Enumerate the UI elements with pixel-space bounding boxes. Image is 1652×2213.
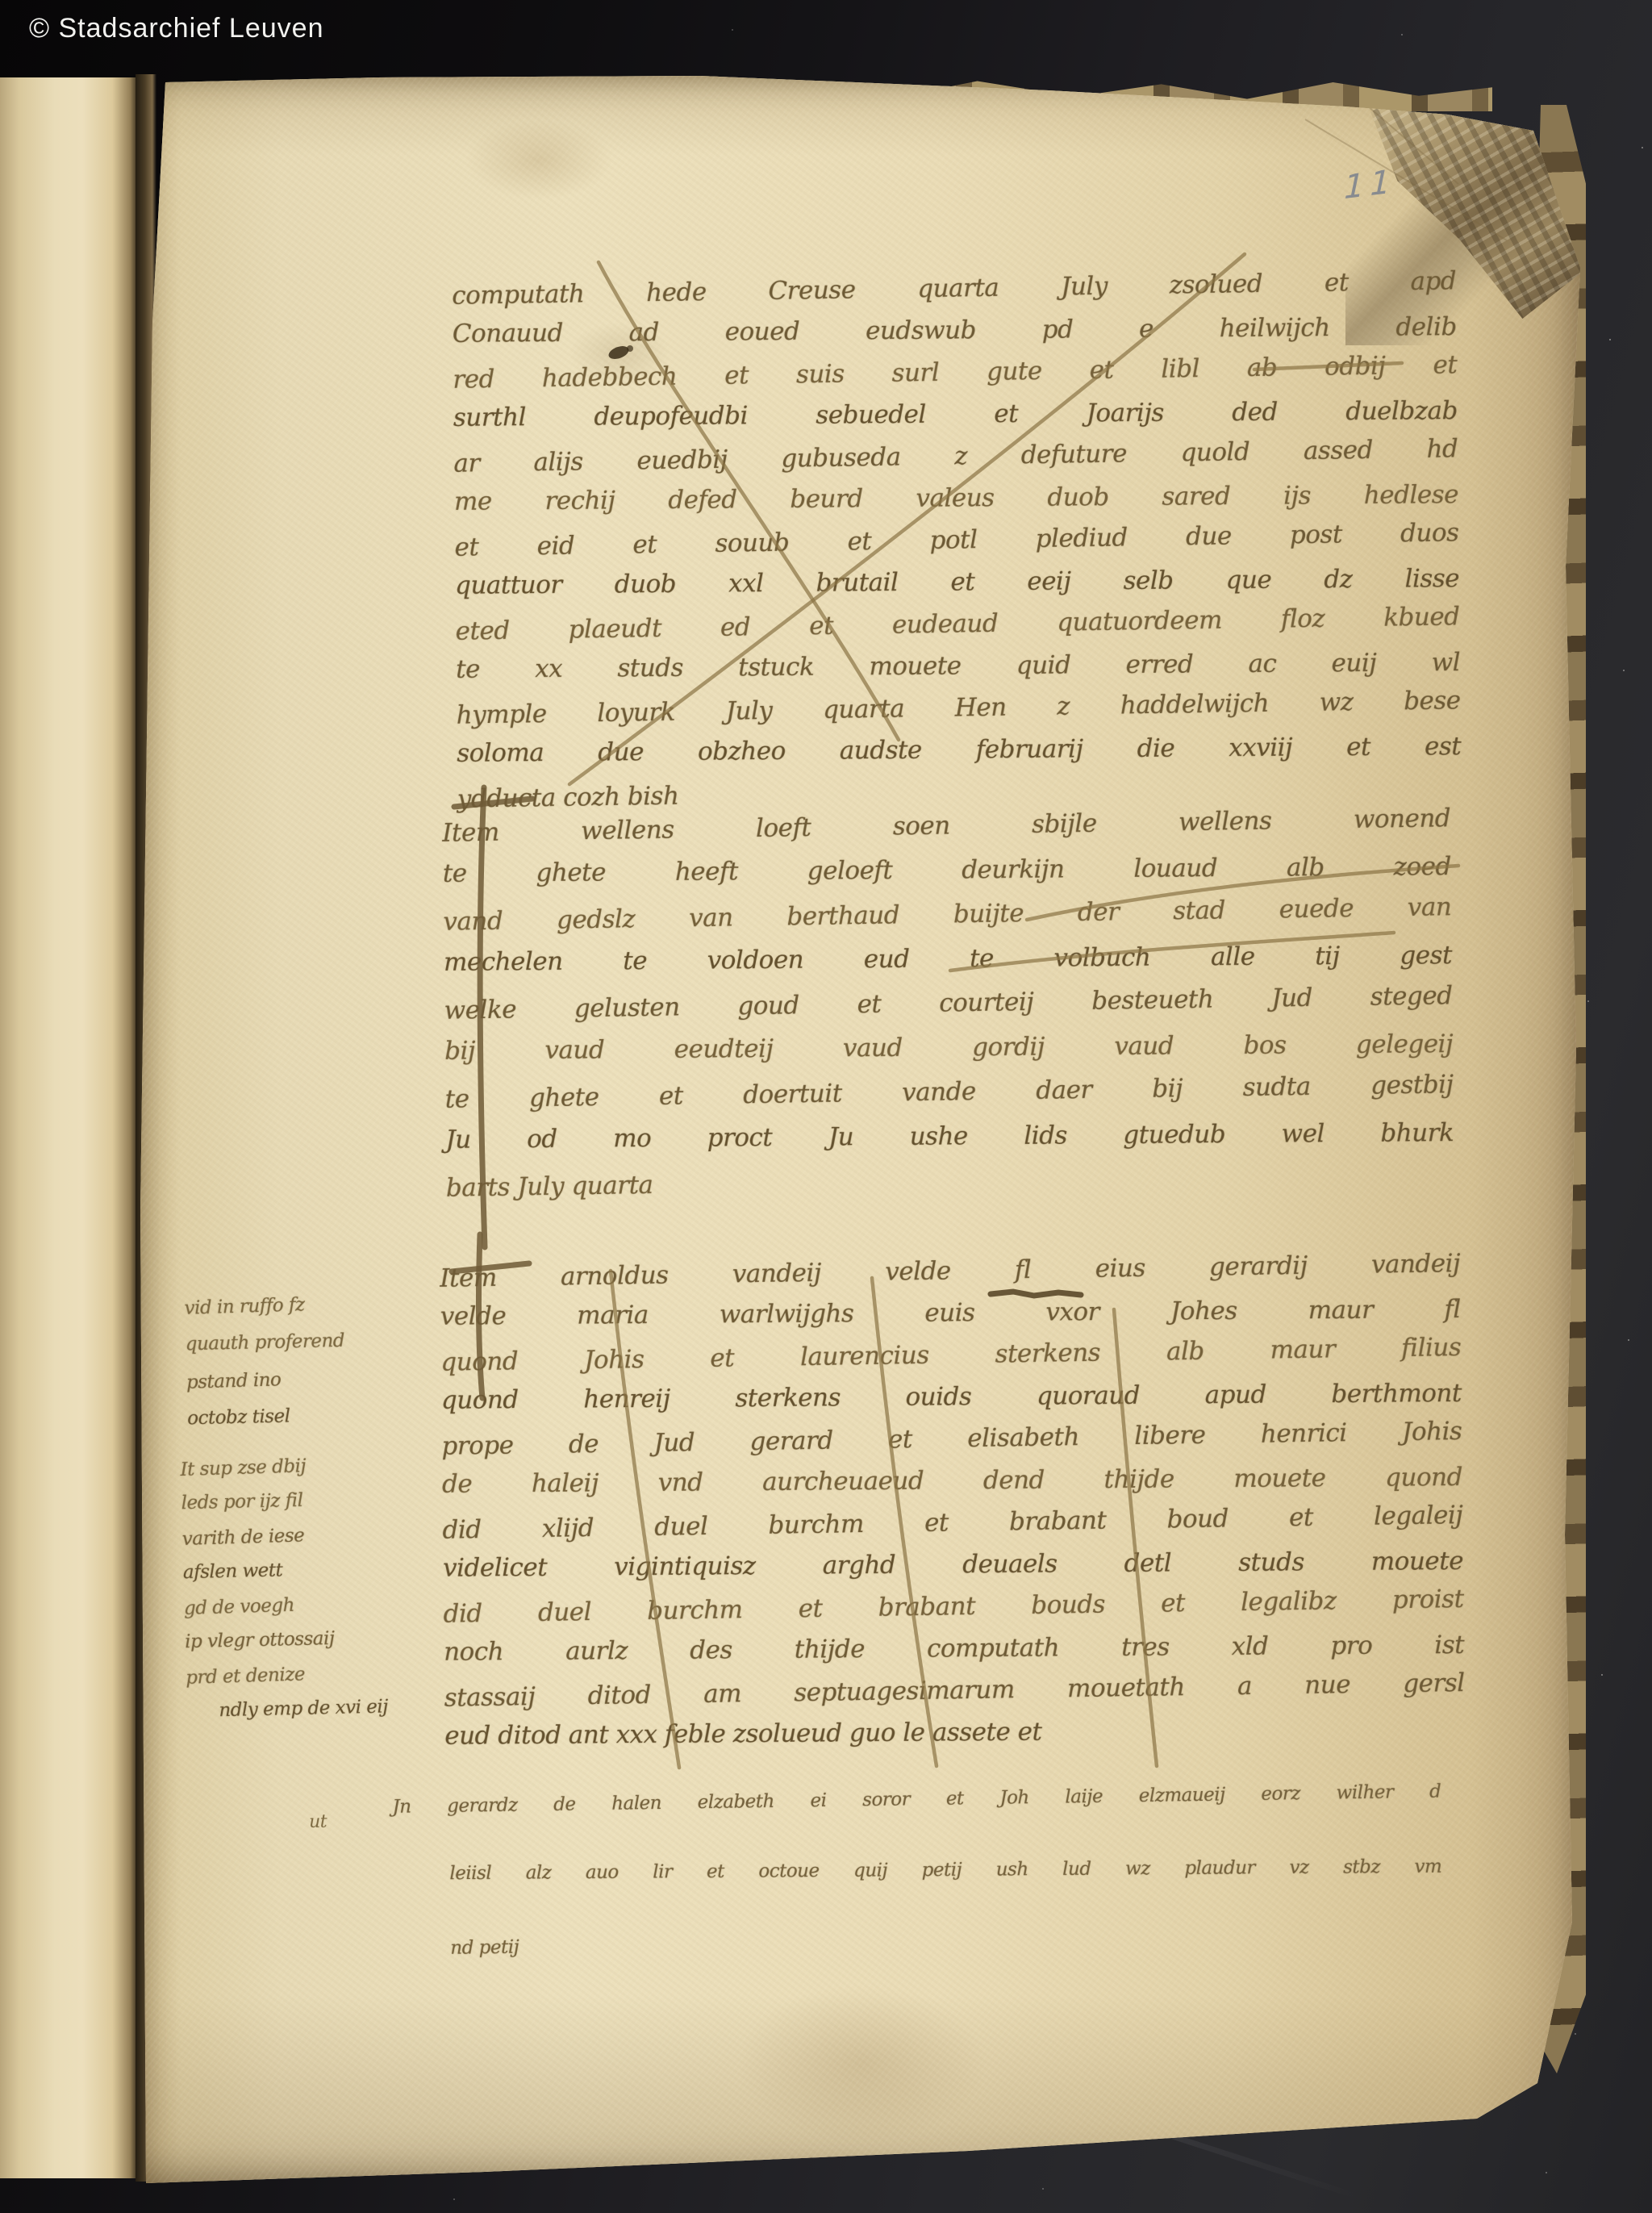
manuscript-text-line: Jn gerardz de halen elzabeth ei soror et…: [392, 1756, 1441, 1843]
margin-note-1: vid in ruffo fzquauth proferendpstand in…: [184, 1281, 494, 1438]
manuscript-text-line: eud ditod ant xxx feble zsolueud guo le …: [444, 1708, 1465, 1757]
manuscript-text-line: nd petij: [394, 1898, 1443, 1985]
margin-note-ut: ut: [309, 1812, 327, 1832]
ledger-entry-2: Item wellens loeft soen sbijle wellens w…: [442, 799, 1454, 1209]
ledger-entry-footnote: Jn gerardz de halen elzabeth ei soror et…: [392, 1758, 1443, 1982]
ledger-entry-1: computath hede Creuse quarta July zsolue…: [452, 262, 1462, 818]
margin-note-2: It sup zse dbijleds por ijz filvarith de…: [180, 1443, 546, 1730]
margin-note-line: octobz tisel: [187, 1393, 494, 1438]
manuscript-text-line: leiisl alz auo lir et octoue quij petij …: [393, 1831, 1442, 1910]
copyright-watermark: © Stadsarchief Leuven: [29, 13, 323, 44]
manuscript-page: 11 computath hede Creuse quarta July zso…: [136, 71, 1585, 2186]
folio-number: 11: [1344, 163, 1396, 207]
ledger-entry-3: Item arnoldus vandeij velde fl eius gera…: [440, 1245, 1465, 1759]
dust-specks: [0, 0, 2, 2]
facing-page-edge: [0, 77, 137, 2178]
